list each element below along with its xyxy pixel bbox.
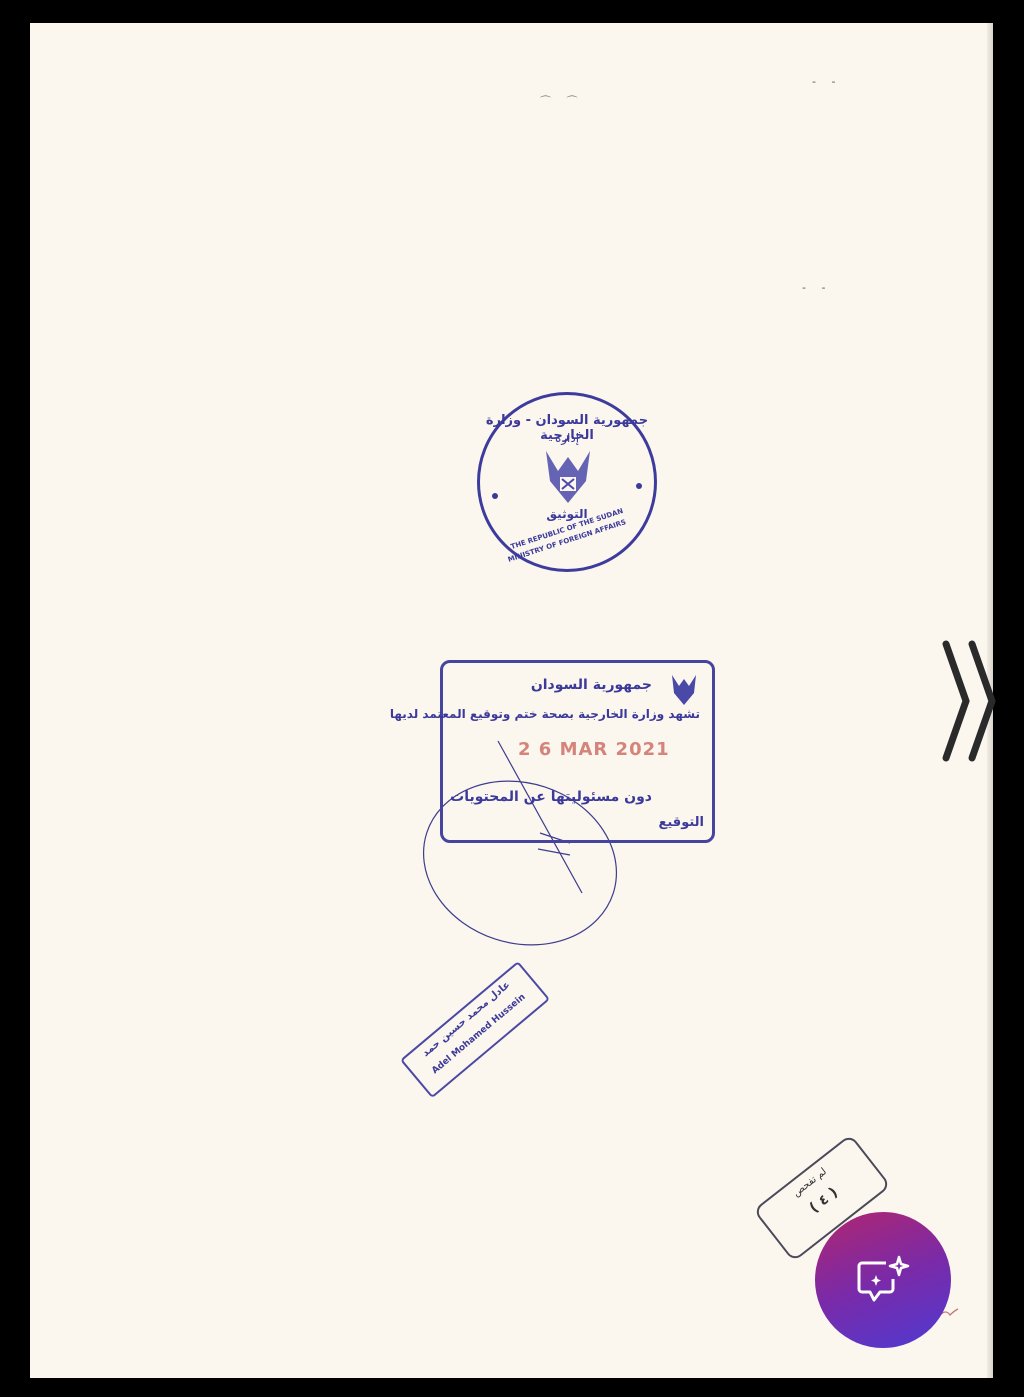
seal-dot	[492, 493, 498, 499]
top-left-mark: ⌒ ⌒	[540, 93, 584, 109]
stamp-line-2: تشهد وزارة الخارجية بصحة ختم وتوقيع المع…	[390, 707, 700, 721]
ai-chat-button[interactable]	[815, 1212, 951, 1348]
double-chevron-right-icon[interactable]	[940, 636, 1000, 766]
ministry-round-seal: جمهورية السودان - وزارة الخارجية إدارة ا…	[477, 392, 657, 572]
seal-arabic-dept: إدارة	[480, 431, 654, 445]
sudan-emblem-icon	[540, 447, 596, 507]
sudan-emblem-icon	[670, 673, 698, 707]
stamp-signature-label: التوقيع	[659, 815, 705, 830]
mid-right-mark: - -	[802, 281, 831, 294]
stamp-date: 2 6 MAR 2021	[518, 739, 670, 760]
attestation-stamp: جمهورية السودان تشهد وزارة الخارجية بصحة…	[440, 660, 715, 843]
stamp-line-3: دون مسئوليتها عن المحتويات	[450, 789, 652, 805]
stamp-line-1: جمهورية السودان	[531, 677, 652, 693]
chat-sparkle-icon	[856, 1255, 910, 1305]
top-right-mark: - -	[812, 75, 841, 88]
seal-dot	[636, 483, 642, 489]
